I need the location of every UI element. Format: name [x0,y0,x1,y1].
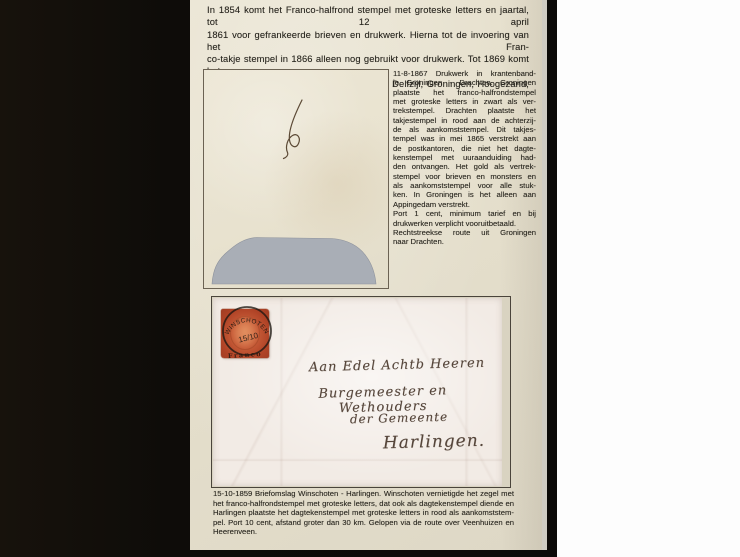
text-line: met groteske letters in zwart als ver- [393,97,536,106]
text-line: als aankomststempel voor alle stuk- [393,181,536,190]
text-line: kenstempel met uuraanduiding had- [393,153,536,162]
exhibit-description: 11-8-1867 Drukwerk in krantenband-je Gro… [393,69,536,247]
text-line: Rechtstreekse route uit Groningen [393,228,536,237]
text-line: de als aankomststempel. Dit takjes- [393,125,536,134]
newspaper-wrapper-frame [203,69,389,289]
text-line: tempel was in mei 1865 verstrekt aan [393,134,536,143]
text-line: In 1854 komt het Franco-halfrond stempel… [207,4,529,29]
text-line: 15-10-1859 Briefomslag Winschoten - Harl… [213,489,514,499]
pen-squiggle-icon [284,100,303,159]
text-line: trekstempel. Drachten plaatste het [393,106,536,115]
text-line: plaatste het franco-halfrondstempel [393,88,536,97]
text-line: Appingedam verstrekt. [393,200,536,209]
text-line: takjestempel in rood aan de achterzij- [393,116,536,125]
address-line-1: Aan Edel Achtb Heeren [301,355,493,375]
screenshot-root: In 1854 komt het Franco-halfrond stempel… [0,0,740,557]
text-line: pel. Port 10 cent, afstand groter dan 30… [213,518,514,528]
text-line: de postkantoren, die niet het dagte- [393,144,536,153]
text-line: Harlingen plaatste het dagtekenstempel m… [213,508,514,518]
text-line: 11-8-1867 Drukwerk in krantenband- [393,69,536,78]
album-page: In 1854 komt het Franco-halfrond stempel… [190,0,547,550]
text-line: Port 1 cent, minimum tarief en bij [393,209,536,218]
text-line: je Groningen - Drachten. Groningen [393,78,536,87]
text-line: 1861 voor gefrankeerde brieven en drukwe… [207,29,529,54]
postmark-date-text: 15/10 [237,331,259,345]
white-margin [557,0,740,557]
text-line: stempel voor brieven en monsters en [393,172,536,181]
gray-window-shape [212,238,376,285]
text-line: den ontvangen. Het gold als vertrek- [393,162,536,171]
photo-black-backdrop: In 1854 komt het Franco-halfrond stempel… [0,0,557,557]
caption-paragraph: 15-10-1859 Briefomslag Winschoten - Harl… [213,489,514,537]
text-line: het franco-halfrondstempel met groteske … [213,499,514,509]
address-line-4: Harlingen. [375,430,493,453]
text-line: drukwerken verplicht vooruitbetaald. [393,219,536,228]
wrapper-graphics [204,70,388,288]
text-line: naar Drachten. [393,237,536,246]
text-line: ken. In Groningen is het alleen aan [393,190,536,199]
envelope-cover: WINSCHOTEN 15/10 Franco Aan Edel Achtb H… [213,298,502,486]
address-line-3: der Gemeente [347,410,451,427]
letter-cover-frame: WINSCHOTEN 15/10 Franco Aan Edel Achtb H… [211,296,511,488]
text-line: Heerenveen. [213,527,514,537]
